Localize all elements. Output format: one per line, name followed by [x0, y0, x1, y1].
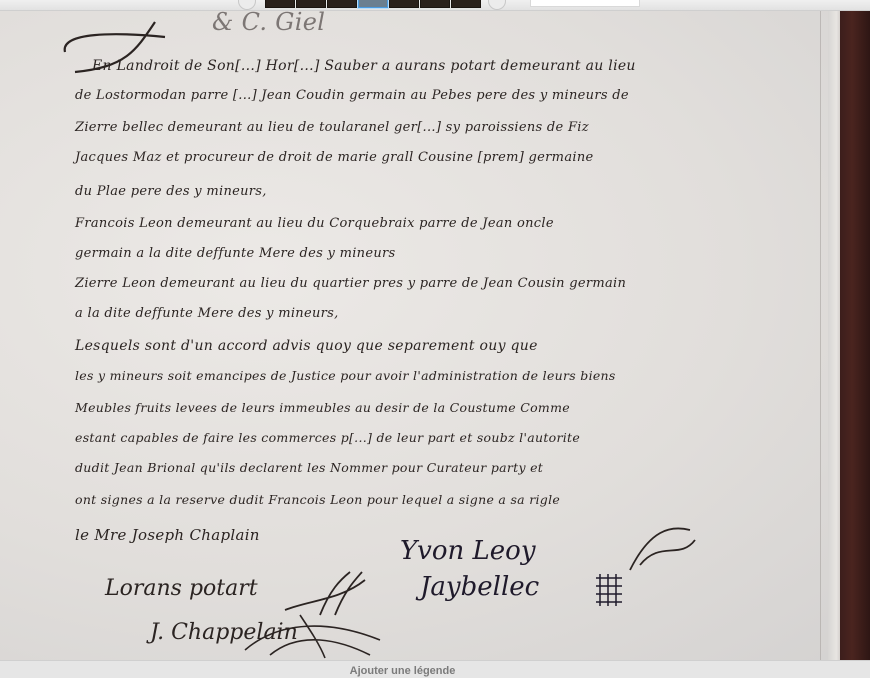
manuscript-line-3: Zierre bellec demeurant au lieu de toula… [75, 120, 589, 135]
thumbnail-6[interactable] [420, 0, 450, 8]
manuscript-line-6: Francois Leon demeurant au lieu du Corqu… [75, 216, 554, 231]
thumbnail-4-selected[interactable] [358, 0, 388, 8]
next-image-button[interactable] [488, 0, 506, 10]
book-binding [840, 10, 870, 660]
manuscript-line-5: du Plae pere des y mineurs, [75, 184, 267, 199]
manuscript-line-7: germain a la dite deffunte Mere des y mi… [75, 246, 396, 261]
manuscript-line-1: En Landroit de Son[...] Hor[...] Sauber … [92, 58, 636, 74]
manuscript-line-12: Meubles fruits levees de leurs immeubles… [75, 400, 570, 415]
manuscript-line-13: estant capables de faire les commerces p… [75, 430, 580, 445]
paper-margin-line [820, 10, 821, 660]
manuscript-line-9: a la dite deffunte Mere des y mineurs, [75, 306, 339, 321]
header-note: & C. Giel [212, 8, 325, 36]
manuscript-line-15: ont signes a la reserve dudit Francois L… [75, 492, 560, 507]
thumbnail-1[interactable] [265, 0, 295, 8]
signature-left-1: Lorans potart [105, 576, 258, 601]
thumbnail-caption-field[interactable] [530, 0, 640, 7]
image-viewer: & C. Giel En Landroit de Son[...] Hor[..… [0, 0, 870, 678]
thumbnail-5[interactable] [389, 0, 419, 8]
manuscript-line-2: de Lostormodan parre [...] Jean Coudin g… [75, 88, 629, 103]
add-caption-placeholder[interactable]: Ajouter une légende [350, 665, 456, 677]
manuscript-line-14: dudit Jean Brional qu'ils declarent les … [75, 460, 543, 475]
thumbnail-strip [0, 0, 870, 11]
manuscript-photo: & C. Giel En Landroit de Son[...] Hor[..… [0, 10, 870, 660]
manuscript-line-10: Lesquels sont d'un accord advis quoy que… [75, 338, 538, 354]
manuscript-line-8: Zierre Leon demeurant au lieu du quartie… [75, 276, 626, 291]
manuscript-line-4: Jacques Maz et procureur de droit de mar… [75, 150, 594, 165]
thumbnail-2[interactable] [296, 0, 326, 8]
caption-bar[interactable]: Ajouter une légende [0, 660, 870, 678]
initial-flourish [55, 12, 175, 92]
signature-right-1: Yvon Leoy [400, 536, 536, 566]
manuscript-line-16: le Mre Joseph Chaplain [75, 526, 260, 544]
thumbnail-3[interactable] [327, 0, 357, 8]
manuscript-line-11: les y mineurs soit emancipes de Justice … [75, 368, 616, 383]
signature-paraph-left-2 [240, 610, 390, 660]
thumbnail-7[interactable] [451, 0, 481, 8]
previous-image-button[interactable] [238, 0, 256, 10]
signature-paraph-right [620, 520, 700, 580]
signature-right-2: Jaybellec [420, 572, 539, 602]
